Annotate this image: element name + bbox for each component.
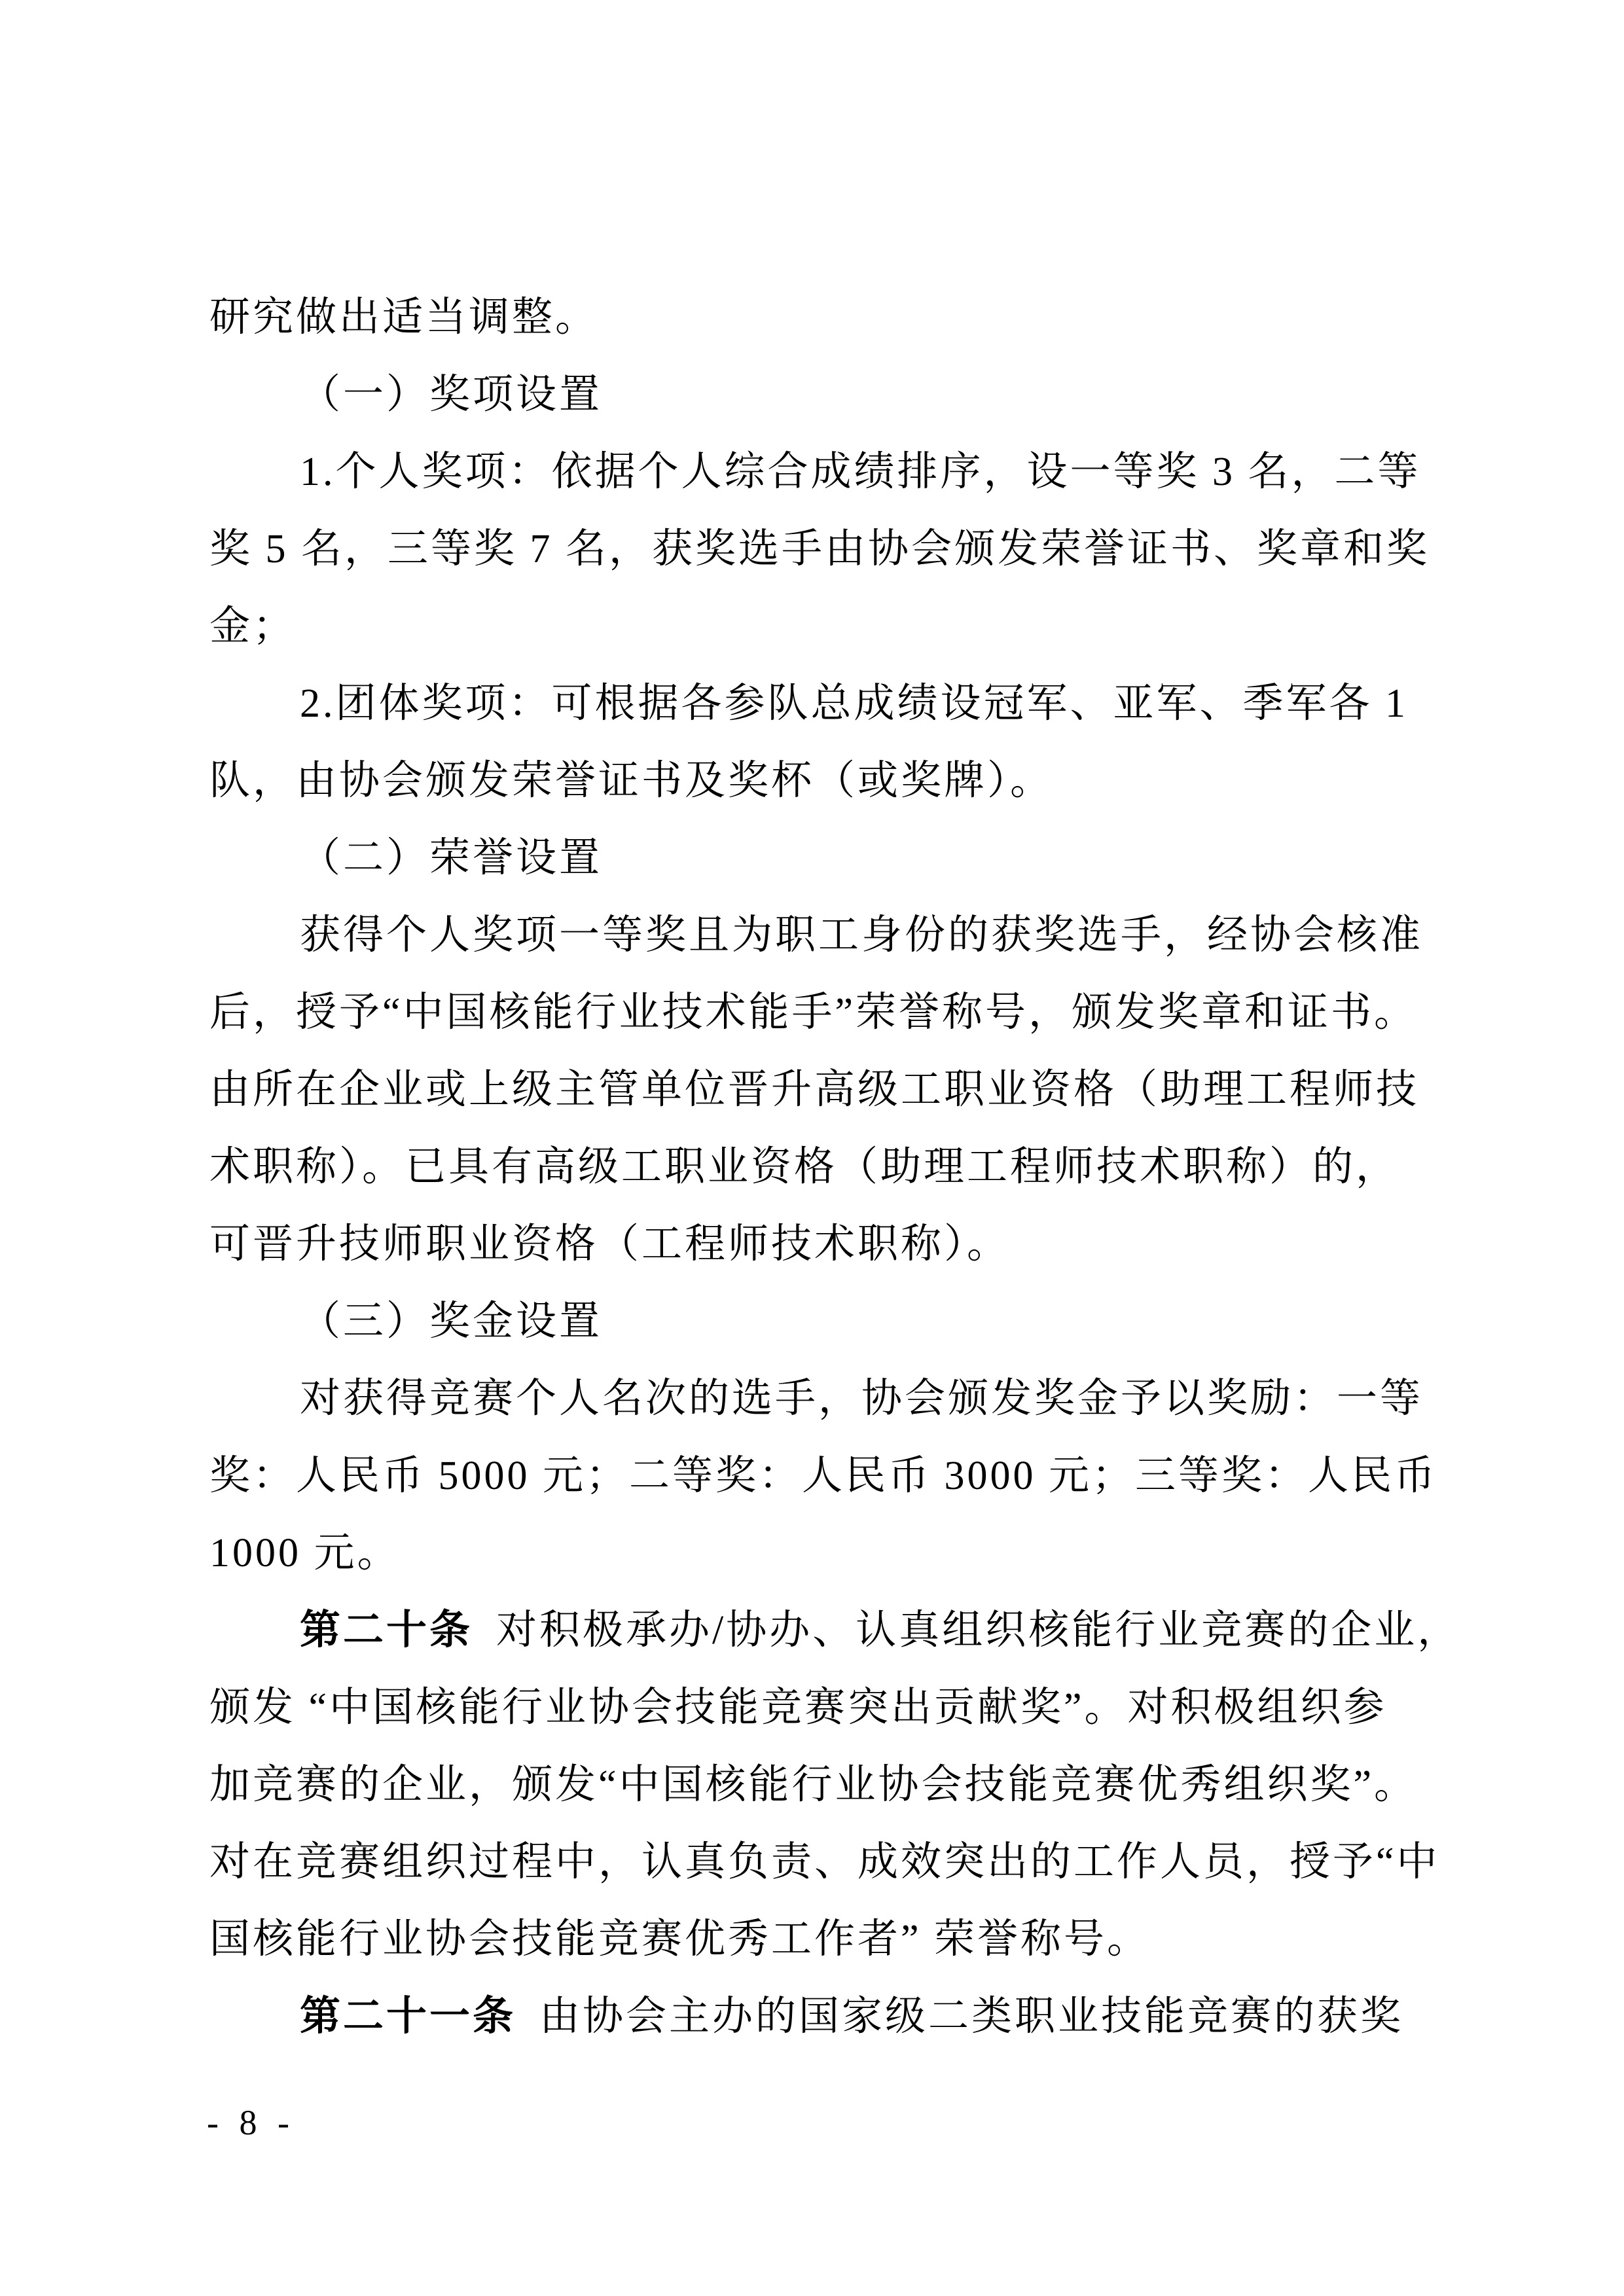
text-line: 队，由协会颁发荣誉证书及奖杯（或奖牌）。 — [209, 742, 1447, 819]
article-line: 第二十条对积极承办/协办、认真组织核能行业竞赛的企业， — [209, 1592, 1447, 1669]
document-body: 研究做出适当调整。 （一）奖项设置 1.个人奖项：依据个人综合成绩排序，设一等奖… — [209, 279, 1447, 2055]
article-number: 第二十一条 — [300, 1994, 516, 2039]
text-line: 可晋升技师职业资格（工程师技术职称）。 — [209, 1206, 1447, 1283]
text-line: 国核能行业协会技能竞赛优秀工作者” 荣誉称号。 — [209, 1901, 1447, 1978]
section-heading: （三）奖金设置 — [209, 1283, 1447, 1360]
text-line: 术职称）。已具有高级工职业资格（助理工程师技术职称）的， — [209, 1128, 1447, 1206]
text-line: 对在竞赛组织过程中，认真负责、成效突出的工作人员，授予“中 — [209, 1823, 1447, 1901]
section-heading: （一）奖项设置 — [209, 356, 1447, 433]
text-line: 由所在企业或上级主管单位晋升高级工职业资格（助理工程师技 — [209, 1051, 1447, 1128]
text-line: 金； — [209, 588, 1447, 665]
article-number: 第二十条 — [300, 1607, 473, 1653]
text-line: 颁发 “中国核能行业协会技能竞赛突出贡献奖”。对积极组织参 — [209, 1669, 1447, 1746]
text-line: 奖：人民币 5000 元；二等奖：人民币 3000 元；三等奖：人民币 — [209, 1437, 1447, 1515]
text-line: 后，授予“中国核能行业技术能手”荣誉称号，颁发奖章和证书。 — [209, 974, 1447, 1051]
text-line: 对获得竞赛个人名次的选手，协会颁发奖金予以奖励：一等 — [209, 1360, 1447, 1437]
article-text: 由协会主办的国家级二类职业技能竞赛的获奖 — [539, 1994, 1403, 2039]
text-line: 2.团体奖项：可根据各参队总成绩设冠军、亚军、季军各 1 — [209, 665, 1447, 742]
document-page: 研究做出适当调整。 （一）奖项设置 1.个人奖项：依据个人综合成绩排序，设一等奖… — [0, 0, 1624, 2296]
text-line: 加竞赛的企业，颁发“中国核能行业协会技能竞赛优秀组织奖”。 — [209, 1746, 1447, 1823]
text-line: 获得个人奖项一等奖且为职工身份的获奖选手，经协会核准 — [209, 897, 1447, 974]
section-heading: （二）荣誉设置 — [209, 819, 1447, 897]
text-line: 1000 元。 — [209, 1515, 1447, 1592]
text-line: 1.个人奖项：依据个人综合成绩排序，设一等奖 3 名，二等 — [209, 433, 1447, 511]
text-line: 奖 5 名，三等奖 7 名，获奖选手由协会颁发荣誉证书、奖章和奖 — [209, 511, 1447, 588]
text-line: 研究做出适当调整。 — [209, 279, 1447, 356]
article-text: 对积极承办/协办、认真组织核能行业竞赛的企业， — [496, 1608, 1460, 1653]
article-line: 第二十一条由协会主办的国家级二类职业技能竞赛的获奖 — [209, 1978, 1447, 2055]
page-number: - 8 - — [207, 2105, 295, 2140]
